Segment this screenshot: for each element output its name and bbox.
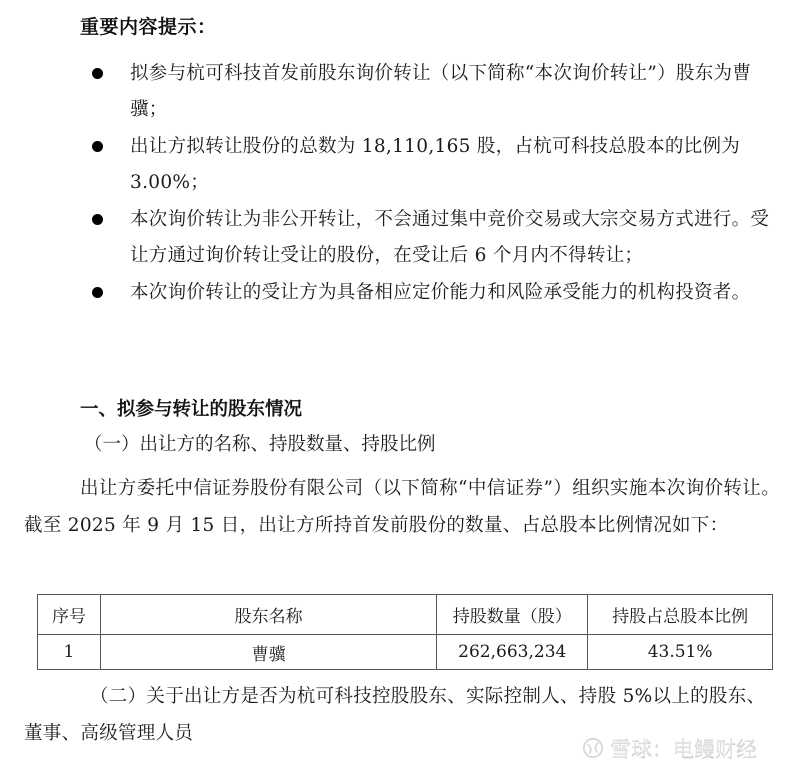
bullet-text: 本次询价转让为非公开转让，不会通过集中竞价交易或大宗交易方式进行。受让方通过询价… xyxy=(130,209,769,266)
column-header-ratio: 持股占总股本比例 xyxy=(588,595,773,635)
bullet-text: 本次询价转让的受让方为具备相应定价能力和风险承受能力的机构投资者。 xyxy=(130,282,750,303)
column-header-shares: 持股数量（股） xyxy=(437,595,588,635)
shareholder-table: 序号 股东名称 持股数量（股） 持股占总股本比例 1 曹骥 262,663,23… xyxy=(37,594,773,670)
column-header-name: 股东名称 xyxy=(100,595,436,635)
bullet-icon xyxy=(92,68,103,79)
bullet-icon xyxy=(92,287,103,298)
bullet-icon xyxy=(92,141,103,152)
bullet-text: 拟参与杭可科技首发前股东询价转让（以下简称“本次询价转让”）股东为曹骥； xyxy=(130,63,751,120)
snowball-logo-icon xyxy=(582,737,604,759)
list-item: 本次询价转让为非公开转让，不会通过集中竞价交易或大宗交易方式进行。受让方通过询价… xyxy=(0,202,800,273)
section-title: 一、拟参与转让的股东情况 xyxy=(80,395,302,421)
list-item: 拟参与杭可科技首发前股东询价转让（以下简称“本次询价转让”）股东为曹骥； xyxy=(0,56,800,127)
cell-index: 1 xyxy=(38,635,101,670)
bullet-icon xyxy=(92,214,103,225)
important-notice-list: 拟参与杭可科技首发前股东询价转让（以下简称“本次询价转让”）股东为曹骥； 出让方… xyxy=(0,56,800,313)
body-paragraph: 出让方委托中信证券股份有限公司（以下简称“中信证券”）组织实施本次询价转让。截至… xyxy=(24,470,780,544)
column-header-index: 序号 xyxy=(38,595,101,635)
watermark-text: 雪球：电鳗财经 xyxy=(610,733,757,763)
document-page: 重要内容提示： 拟参与杭可科技首发前股东询价转让（以下简称“本次询价转让”）股东… xyxy=(0,0,800,777)
list-item: 本次询价转让的受让方为具备相应定价能力和风险承受能力的机构投资者。 xyxy=(0,275,800,311)
cell-shares: 262,663,234 xyxy=(437,635,588,670)
watermark: 雪球：电鳗财经 xyxy=(582,733,757,763)
subsection-title: （一）出让方的名称、持股数量、持股比例 xyxy=(84,432,436,458)
bullet-text: 出让方拟转让股份的总数为 18,110,165 股，占杭可科技总股本的比例为 3… xyxy=(130,136,740,193)
list-item: 出让方拟转让股份的总数为 18,110,165 股，占杭可科技总股本的比例为 3… xyxy=(0,129,800,200)
table-header-row: 序号 股东名称 持股数量（股） 持股占总股本比例 xyxy=(38,595,773,635)
cell-ratio: 43.51% xyxy=(588,635,773,670)
important-notice-heading: 重要内容提示： xyxy=(80,12,217,39)
table-row: 1 曹骥 262,663,234 43.51% xyxy=(38,635,773,670)
cell-name: 曹骥 xyxy=(100,635,436,670)
